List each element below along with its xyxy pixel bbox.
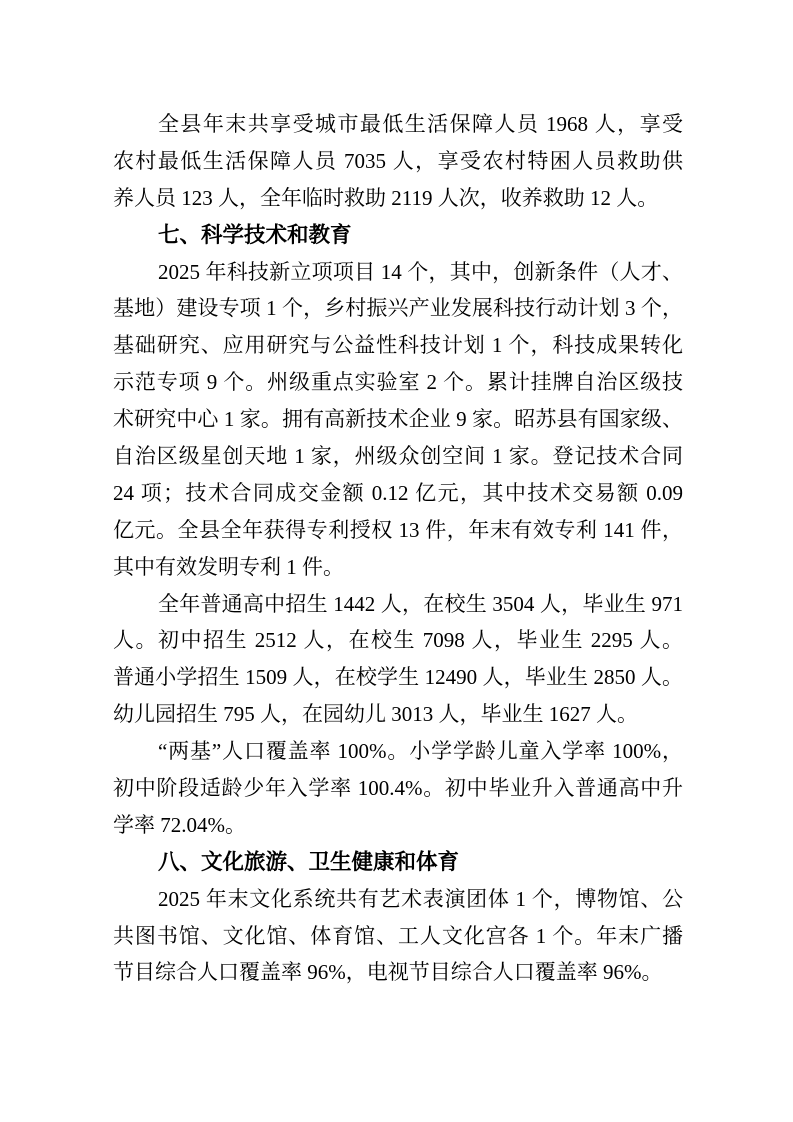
paragraph-line: 术研究中心 1 家。拥有高新技术企业 9 家。昭苏县有国家级、 xyxy=(113,401,683,438)
paragraph-line: 2025 年科技新立项项目 14 个，其中，创新条件（人才、 xyxy=(113,254,683,291)
paragraph-line: 示范专项 9 个。州级重点实验室 2 个。累计挂牌自治区级技 xyxy=(113,364,683,401)
paragraph-line: 自治区级星创天地 1 家，州级众创空间 1 家。登记技术合同 xyxy=(113,438,683,475)
paragraph-line: 初中阶段适龄少年入学率 100.4%。初中毕业升入普通高中升 xyxy=(113,770,683,807)
paragraph-line: 养人员 123 人，全年临时救助 2119 人次，收养救助 12 人。 xyxy=(113,180,683,217)
document-text-block: 全县年末共享受城市最低生活保障人员 1968 人，享受 农村最低生活保障人员 7… xyxy=(113,106,683,991)
paragraph-line: 全县年末共享受城市最低生活保障人员 1968 人，享受 xyxy=(113,106,683,143)
paragraph-line: 节目综合人口覆盖率 96%，电视节目综合人口覆盖率 96%。 xyxy=(113,954,683,991)
paragraph-line: 人。初中招生 2512 人，在校生 7098 人，毕业生 2295 人。 xyxy=(113,622,683,659)
section-heading-culture-health-sports: 八、文化旅游、卫生健康和体育 xyxy=(113,844,683,881)
paragraph-line: 共图书馆、文化馆、体育馆、工人文化宫各 1 个。年末广播 xyxy=(113,918,683,955)
paragraph-line: “两基”人口覆盖率 100%。小学学龄儿童入学率 100%， xyxy=(113,733,683,770)
paragraph-line: 学率 72.04%。 xyxy=(113,807,683,844)
paragraph-line: 24 项；技术合同成交金额 0.12 亿元，其中技术交易额 0.09 xyxy=(113,475,683,512)
paragraph-line: 农村最低生活保障人员 7035 人，享受农村特困人员救助供 xyxy=(113,143,683,180)
paragraph-line: 普通小学招生 1509 人，在校学生 12490 人，毕业生 2850 人。 xyxy=(113,659,683,696)
paragraph-line: 亿元。全县全年获得专利授权 13 件，年末有效专利 141 件， xyxy=(113,512,683,549)
paragraph-line: 2025 年末文化系统共有艺术表演团体 1 个，博物馆、公 xyxy=(113,881,683,918)
paragraph-line: 其中有效发明专利 1 件。 xyxy=(113,549,683,586)
paragraph-line: 基础研究、应用研究与公益性科技计划 1 个，科技成果转化 xyxy=(113,327,683,364)
document-page: 全县年末共享受城市最低生活保障人员 1968 人，享受 农村最低生活保障人员 7… xyxy=(0,0,793,1122)
paragraph-line: 全年普通高中招生 1442 人，在校生 3504 人，毕业生 971 xyxy=(113,586,683,623)
paragraph-line: 幼儿园招生 795 人，在园幼儿 3013 人，毕业生 1627 人。 xyxy=(113,696,683,733)
section-heading-science-education: 七、科学技术和教育 xyxy=(113,217,683,254)
paragraph-line: 基地）建设专项 1 个，乡村振兴产业发展科技行动计划 3 个， xyxy=(113,290,683,327)
